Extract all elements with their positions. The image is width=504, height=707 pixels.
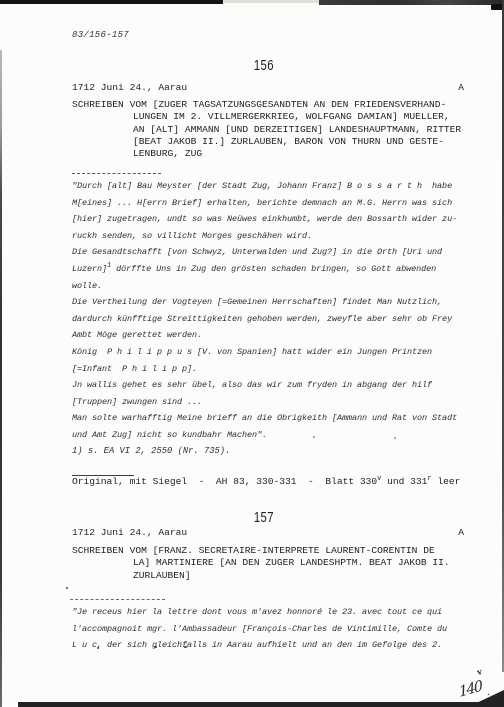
text-segment: dörffte Uns in Zug den grösten schaden b…	[111, 264, 436, 274]
scan-artifact-bottom-band	[18, 702, 504, 707]
text-line: und Amt Zug] nicht so kundbahr Machen".	[72, 427, 472, 444]
divider-rule	[72, 173, 161, 174]
text-segment: L u c, der sich gleichfalls in Aarau auf…	[72, 640, 442, 650]
text-line: Die Vertheilung der Vogteyen [=Gemeinen …	[72, 294, 472, 311]
text-line: Jn wallis gehet es sehr übel, also das w…	[72, 377, 472, 394]
entry-157-quote: "Je receus hier la lettre dont vous m'av…	[72, 604, 472, 654]
text-line: "Je receus hier la lettre dont vous m'av…	[72, 604, 472, 621]
entry-number-text: 157	[254, 510, 274, 526]
text-segment: M[eines] ... H[errn Brief] erhalten, ber…	[72, 198, 452, 208]
text-line: Original, mit Siegel - AH 83, 330-331 - …	[72, 476, 460, 487]
text-segment: ruckh senden, so villicht Morges geschäh…	[72, 231, 312, 241]
text-segment: König P h i l i p p u s [V. von Spanien]…	[72, 347, 432, 357]
entry-156-date-row: 1712 Juni 24., Aarau A	[72, 82, 464, 93]
divider-rule	[70, 599, 165, 600]
text-segment: Die Vertheilung der Vogteyen [=Gemeinen …	[72, 297, 442, 307]
scanned-document-page: 83/156-157 156 1712 Juni 24., Aarau A SC…	[0, 0, 504, 707]
text-line: SCHREIBEN VOM [ZUGER TAGSATZUNGSGESANDTE…	[72, 99, 474, 111]
text-segment: SCHREIBEN VOM [FRANZ. SECRETAIRE-INTERPR…	[72, 545, 435, 556]
entry-156-quote: "Durch [alt] Bau Meyster [der Stadt Zug,…	[72, 178, 472, 444]
entry-date: 1712 Juni 24., Aarau	[72, 527, 187, 538]
entry-156-footnote: 1) s. EA VI 2, 2550 (Nr. 735).	[72, 446, 230, 456]
scan-artifact-top-bar-right	[319, 0, 504, 5]
entry-marker: A	[458, 527, 464, 538]
entry-date: 1712 Juni 24., Aarau	[72, 82, 187, 93]
handwritten-dot: .	[485, 687, 491, 698]
text-segment: l'accompagnoit mgr. l'Ambassadeur [Franç…	[72, 624, 447, 634]
text-line: Luzern]1 dörffte Uns in Zug den grösten …	[72, 261, 472, 278]
handwritten-number: 140	[458, 678, 483, 700]
text-segment: "Durch [alt] Bau Meyster [der Stadt Zug,…	[72, 181, 452, 191]
text-line: AN [ALT] AMMANN [UND DERZEITIGEN] LANDES…	[72, 124, 474, 136]
text-segment: LUNGEN IM 2. VILLMERGERKRIEG, WOLFGANG D…	[133, 111, 450, 122]
text-segment: SCHREIBEN VOM [ZUGER TAGSATZUNGSGESANDTE…	[72, 99, 446, 110]
text-segment: Jn wallis gehet es sehr übel, also das w…	[72, 380, 432, 390]
text-segment: wolle.	[72, 281, 102, 291]
text-line: Die Gesandtschafft [von Schwyz, Unterwal…	[72, 244, 472, 261]
text-line: Man solte warhafftig Meine brieff an die…	[72, 410, 472, 427]
handwritten-superscript: v	[476, 666, 483, 677]
text-line: König P h i l i p p u s [V. von Spanien]…	[72, 344, 472, 361]
text-segment: Die Gesandtschafft [von Schwyz, Unterwal…	[72, 247, 442, 257]
text-line: LA] MARTINIERE [AN DEN ZUGER LANDESHPTM.…	[72, 557, 474, 569]
archive-reference: 83/156-157	[72, 30, 129, 40]
text-line: M[eines] ... H[errn Brief] erhalten, ber…	[72, 195, 472, 212]
entry-number-156: 156	[72, 58, 456, 74]
text-line: [hier] zugetragen, undt so was Neüwes ei…	[72, 211, 472, 228]
text-segment: ZURLAUBEN]	[133, 570, 191, 581]
entry-number-text: 156	[254, 58, 274, 74]
text-segment: und 331	[381, 476, 427, 487]
entry-157-date-row: 1712 Juni 24., Aarau A	[72, 527, 464, 538]
entry-157-heading: SCHREIBEN VOM [FRANZ. SECRETAIRE-INTERPR…	[72, 545, 474, 582]
text-segment: Man solte warhafftig Meine brieff an die…	[72, 413, 457, 423]
text-line: wolle.	[72, 278, 472, 295]
scan-artifact-top-bar-left	[0, 0, 223, 4]
text-line: dardurch künfftige Streittigkeiten gehob…	[72, 311, 472, 328]
text-segment: [BEAT JAKOB II.] ZURLAUBEN, BARON VON TH…	[133, 136, 444, 147]
text-segment: Original, mit Siegel - AH 83, 330-331 - …	[72, 476, 377, 487]
text-segment: AN [ALT] AMMANN [UND DERZEITIGEN] LANDES…	[133, 124, 461, 135]
text-line: LUNGEN IM 2. VILLMERGERKRIEG, WOLFGANG D…	[72, 111, 474, 123]
text-line: Ambt Möge gerettet werden.	[72, 327, 472, 344]
scan-speck	[66, 587, 68, 589]
scan-artifact-left-edge	[0, 50, 2, 707]
text-segment: LENBURG, ZUG	[133, 148, 202, 159]
text-line: ruckh senden, so villicht Morges geschäh…	[72, 228, 472, 245]
text-segment: Luzern]	[72, 264, 107, 274]
text-segment: und Amt Zug] nicht so kundbahr Machen".	[72, 430, 267, 440]
entry-156-heading: SCHREIBEN VOM [ZUGER TAGSATZUNGSGESANDTE…	[72, 99, 474, 160]
text-line: L u c, der sich gleichfalls in Aarau auf…	[72, 637, 472, 654]
text-line: ZURLAUBEN]	[72, 570, 474, 582]
entry-marker: A	[458, 82, 464, 93]
entry-number-157: 157	[72, 510, 456, 526]
scan-artifact-top-bar-gap	[223, 0, 319, 3]
text-segment: [=Infant P h i l i p p].	[72, 364, 197, 374]
text-line: l'accompagnoit mgr. l'Ambassadeur [Franç…	[72, 621, 472, 638]
text-line: [Truppen] zwungen sind ...	[72, 394, 472, 411]
text-segment: Ambt Möge gerettet werden.	[72, 330, 202, 340]
text-line: "Durch [alt] Bau Meyster [der Stadt Zug,…	[72, 178, 472, 195]
text-segment: "Je receus hier la lettre dont vous m'av…	[72, 607, 442, 617]
text-segment: leer	[432, 476, 461, 487]
text-segment: [Truppen] zwungen sind ...	[72, 397, 202, 407]
text-line: LENBURG, ZUG	[72, 148, 474, 160]
text-segment: [hier] zugetragen, undt so was Neüwes ei…	[72, 214, 457, 224]
text-segment: LA] MARTINIERE [AN DEN ZUGER LANDESHPTM.…	[133, 557, 450, 568]
text-segment: dardurch künfftige Streittigkeiten gehob…	[72, 314, 452, 324]
text-line: SCHREIBEN VOM [FRANZ. SECRETAIRE-INTERPR…	[72, 545, 474, 557]
text-line: [BEAT JAKOB II.] ZURLAUBEN, BARON VON TH…	[72, 136, 474, 148]
text-line: [=Infant P h i l i p p].	[72, 361, 472, 378]
entry-156-provenance: Original, mit Siegel - AH 83, 330-331 - …	[72, 476, 460, 487]
